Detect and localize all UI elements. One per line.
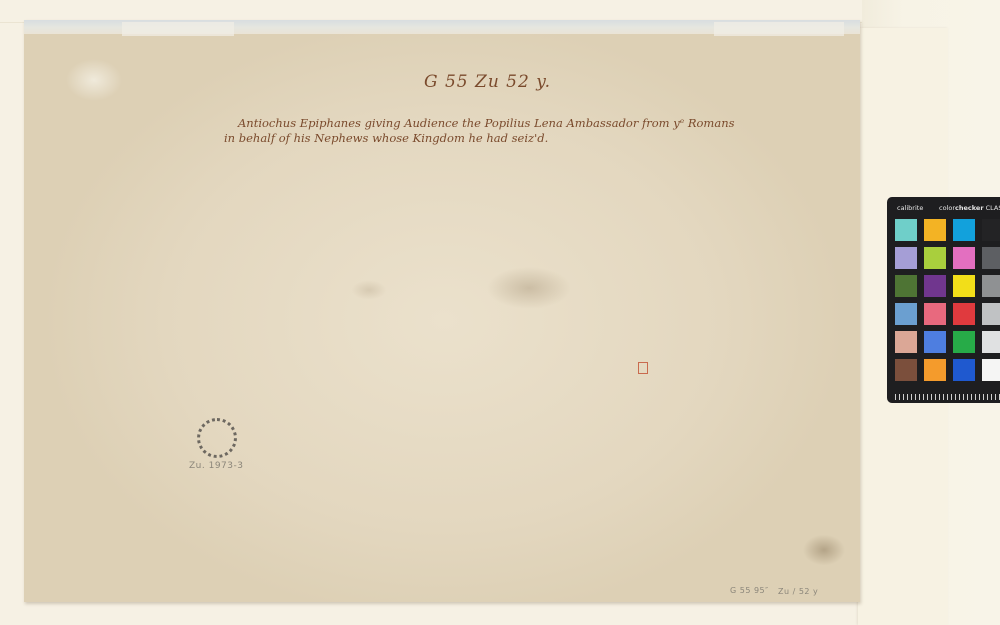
product-name-light: color: [939, 204, 955, 212]
color-swatch: [953, 247, 975, 269]
drawing-sheet-verso: G 55 Zu 52 y. Antiochus Epiphanes giving…: [24, 20, 860, 602]
product-name-suffix: CLASSIC: [984, 204, 1000, 212]
checker-product-label: colorchecker CLASSIC: [939, 204, 1000, 212]
color-swatch-grid: [895, 219, 1000, 381]
color-swatch: [895, 247, 917, 269]
inscription-line-1: Antiochus Epiphanes giving Audience the …: [238, 116, 735, 130]
color-swatch: [953, 331, 975, 353]
product-name-bold: checker: [955, 204, 984, 212]
color-swatch: [895, 359, 917, 381]
color-swatch: [982, 219, 1000, 241]
color-swatch: [924, 219, 946, 241]
color-swatch: [953, 303, 975, 325]
checker-brand-label: calibrite: [897, 204, 923, 212]
inventory-number: G 55 Zu 52 y.: [424, 72, 551, 92]
color-swatch: [924, 359, 946, 381]
collection-number: Zu. 1973-3: [189, 461, 243, 471]
color-swatch: [982, 247, 1000, 269]
color-swatch: [953, 359, 975, 381]
color-swatch: [982, 331, 1000, 353]
color-swatch: [924, 247, 946, 269]
collector-stamp-icon: [197, 418, 237, 458]
color-swatch: [953, 275, 975, 297]
scale-ruler: [895, 394, 1000, 400]
color-swatch: [982, 359, 1000, 381]
color-swatch: [924, 275, 946, 297]
color-checker-card: calibrite colorchecker CLASSIC: [887, 197, 1000, 403]
tape-left: [122, 22, 234, 36]
color-swatch: [924, 303, 946, 325]
inscription-line-2: in behalf of his Nephews whose Kingdom h…: [224, 131, 548, 145]
tape-right: [714, 22, 844, 36]
color-swatch: [895, 275, 917, 297]
color-swatch: [895, 303, 917, 325]
color-swatch: [982, 303, 1000, 325]
color-swatch: [924, 331, 946, 353]
color-swatch: [895, 331, 917, 353]
pencil-note-lower-right-1: G 55 95″: [730, 586, 769, 595]
color-swatch: [895, 219, 917, 241]
pencil-note-lower-right-2: Zu / 52 y: [778, 587, 818, 596]
color-swatch: [982, 275, 1000, 297]
color-swatch: [953, 219, 975, 241]
red-collector-mark-icon: [638, 362, 648, 374]
